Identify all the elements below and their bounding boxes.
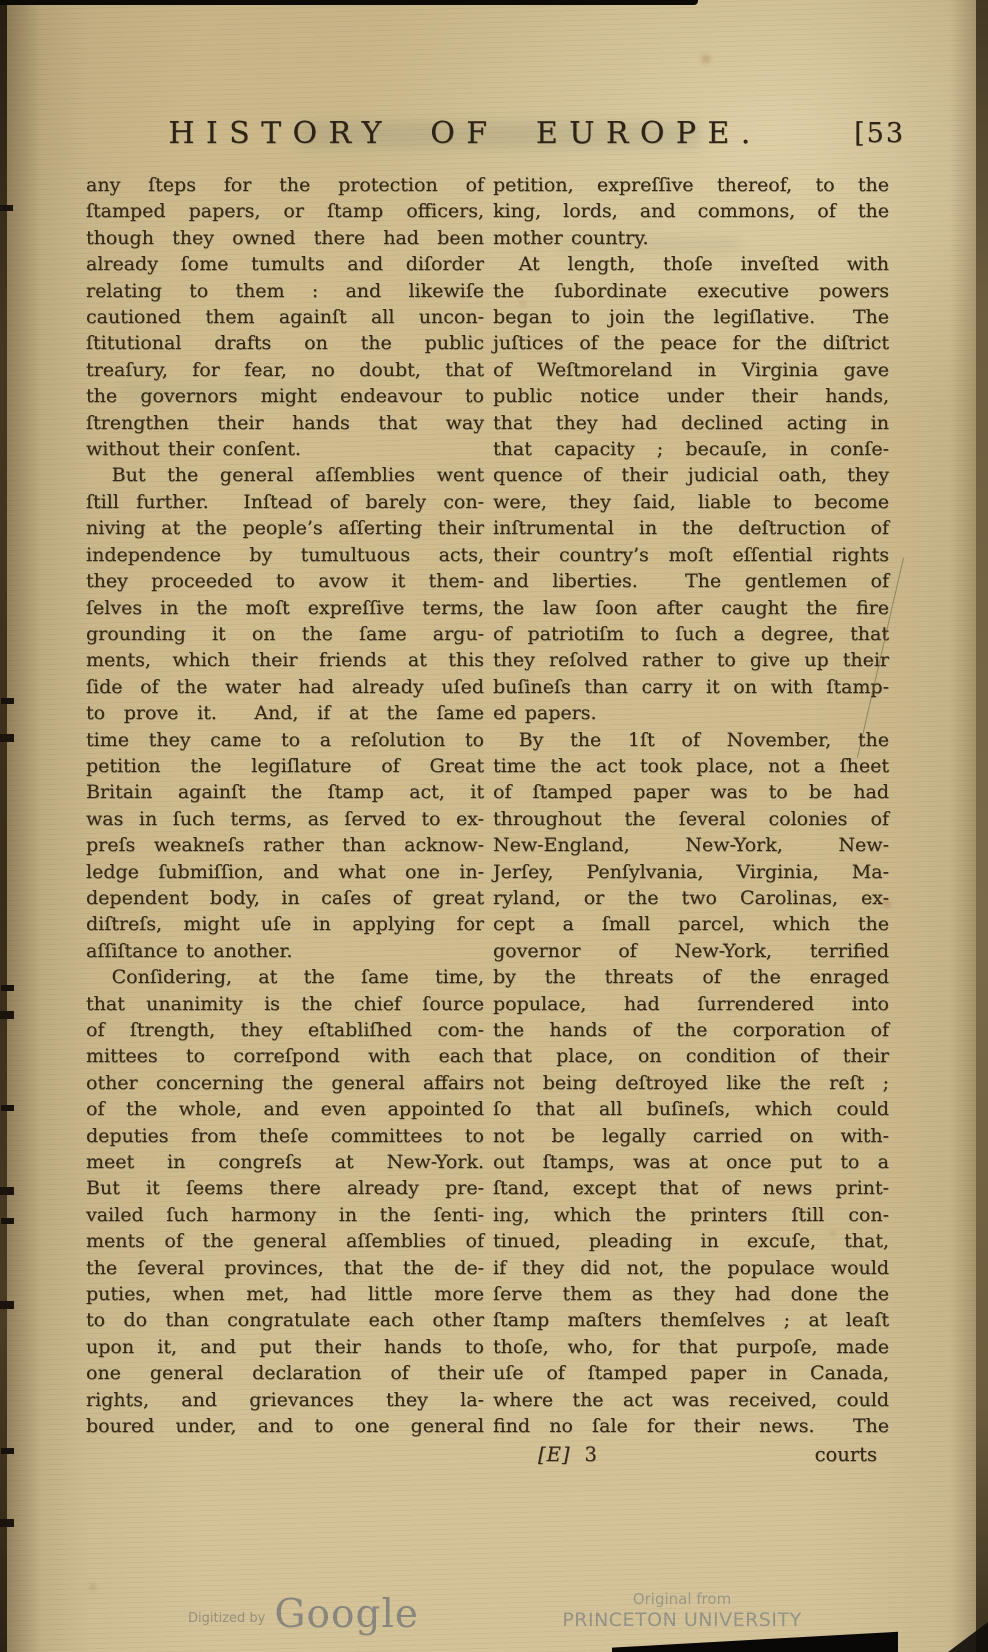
text-line: ſtill further. Inſtead of barely con- xyxy=(86,489,484,515)
text-line: of the whole, and even appointed xyxy=(86,1096,484,1122)
text-line: aſſiſtance to another. xyxy=(86,938,484,964)
text-line: Jerſey, Penſylvania, Virginia, Ma- xyxy=(493,859,889,885)
text-line: without their conſent. xyxy=(86,436,484,462)
text-line: buſineſs than carry it on with ſtamp- xyxy=(493,674,889,700)
text-line: rights, and grievances they la- xyxy=(86,1387,484,1413)
text-line: Conſidering, at the ſame time, xyxy=(86,964,484,990)
text-line: By the 1ſt of November, the xyxy=(493,727,889,753)
text-line: out ſtamps, was at once put to a xyxy=(493,1149,889,1175)
text-line: that unanimity is the chief ſource xyxy=(86,991,484,1017)
text-line: deputies from theſe committees to xyxy=(86,1123,484,1149)
text-line: ed papers. xyxy=(493,700,889,726)
text-line: if they did not, the populace would xyxy=(493,1255,889,1281)
page-number: [53 xyxy=(854,118,905,149)
text-line: and liberties. The gentlemen of xyxy=(493,568,889,594)
text-line: the ſeveral provinces, that the de- xyxy=(86,1255,484,1281)
text-line: diſtreſs, might uſe in applying for xyxy=(86,911,484,937)
text-line: preſs weakneſs rather than acknow- xyxy=(86,832,484,858)
scanned-book-page: HISTORY OF EUROPE. [53 any ſteps for the… xyxy=(0,0,988,1652)
text-line: their country’s moſt eſſential rights xyxy=(493,542,889,568)
scan-artifact-bottom xyxy=(612,1630,898,1652)
text-line: already ſome tumults and diſorder xyxy=(86,251,484,277)
text-line: relating to them : and likewiſe xyxy=(86,278,484,304)
text-line: vailed ſuch harmony in the ſenti- xyxy=(86,1202,484,1228)
text-line: populace, had ſurrendered into xyxy=(493,991,889,1017)
text-line: ledge ſubmiſſion, and what one in- xyxy=(86,859,484,885)
catchword: courts xyxy=(815,1443,877,1466)
text-line: that place, on condition of their xyxy=(493,1043,889,1069)
text-line: governor of New-York, terrified xyxy=(493,938,889,964)
digitization-watermark: Digitized by Google xyxy=(188,1592,419,1637)
text-line: though they owned there had been xyxy=(86,225,484,251)
text-line: ments, which their friends at this xyxy=(86,647,484,673)
text-line: that capacity ; becauſe, in conſe- xyxy=(493,436,889,462)
text-line: meet in congreſs at New-York. xyxy=(86,1149,484,1175)
text-line: mittees to correſpond with each xyxy=(86,1043,484,1069)
text-line: grounding it on the ſame argu- xyxy=(86,621,484,647)
text-line: public notice under their hands, xyxy=(493,383,889,409)
text-line: king, lords, and commons, of the xyxy=(493,198,889,224)
text-line: began to join the legiſlative. The xyxy=(493,304,889,330)
original-from-label: Original from xyxy=(542,1590,822,1608)
text-line: one general declaration of their xyxy=(86,1360,484,1386)
text-line: tinued, pleading in excuſe, that, xyxy=(493,1228,889,1254)
signature-row: [E]3 courts xyxy=(493,1443,889,1469)
text-line: by the threats of the enraged xyxy=(493,964,889,990)
text-line: ſtamp maſters themſelves ; at leaſt xyxy=(493,1307,889,1333)
text-line: the ſubordinate executive powers xyxy=(493,278,889,304)
text-line: cautioned them againſt all uncon- xyxy=(86,304,484,330)
text-line: cept a ſmall parcel, which the xyxy=(493,911,889,937)
text-line: of ſtrength, they eſtabliſhed com- xyxy=(86,1017,484,1043)
signature-mark: [E] xyxy=(538,1443,570,1466)
scan-edge-top xyxy=(0,0,698,5)
text-line: ſo that all buſineſs, which could xyxy=(493,1096,889,1122)
text-line: the governors might endeavour to xyxy=(86,383,484,409)
text-line: the law ſoon after caught the fire xyxy=(493,595,889,621)
text-line: ſtamped papers, or ſtamp officers, xyxy=(86,198,484,224)
text-line: of Weſtmoreland in Virginia gave xyxy=(493,357,889,383)
text-line: quence of their judicial oath, they xyxy=(493,462,889,488)
text-line: ſtand, except that of news print- xyxy=(493,1175,889,1201)
text-line: Britain againſt the ſtamp act, it xyxy=(86,779,484,805)
text-line: time they came to a reſolution to xyxy=(86,727,484,753)
text-line: inſtrumental in the deſtruction of xyxy=(493,515,889,541)
text-line: uſe of ſtamped paper in Canada, xyxy=(493,1360,889,1386)
text-line: ſide of the water had already uſed xyxy=(86,674,484,700)
text-line: ing, which the printers ſtill con- xyxy=(493,1202,889,1228)
gutter-shadow xyxy=(7,0,41,1652)
text-line: they reſolved rather to give up their xyxy=(493,647,889,673)
text-line: mother country. xyxy=(493,225,889,251)
text-line: was in ſuch terms, as ſerved to ex- xyxy=(86,806,484,832)
text-line: to prove it. And, if at the ſame xyxy=(86,700,484,726)
institution-label: PRINCETON UNIVERSITY xyxy=(542,1609,822,1631)
text-line: But it ſeems there already pre- xyxy=(86,1175,484,1201)
text-line: independence by tumultuous acts, xyxy=(86,542,484,568)
text-line: New-England, New-York, New- xyxy=(493,832,889,858)
text-line: not be legally carried on with- xyxy=(493,1123,889,1149)
page-title: HISTORY OF EUROPE. xyxy=(145,116,785,151)
text-line: juſtices of the peace for the diſtrict xyxy=(493,330,889,356)
text-line: But the general aſſemblies went xyxy=(86,462,484,488)
text-line: of patriotiſm to ſuch a degree, that xyxy=(493,621,889,647)
text-line: treaſury, for fear, no doubt, that xyxy=(86,357,484,383)
text-line: time the act took place, not a ſheet xyxy=(493,753,889,779)
signature-number: 3 xyxy=(584,1443,596,1466)
page-header: HISTORY OF EUROPE. [53 xyxy=(85,116,905,158)
text-line: ſerve them as they had done the xyxy=(493,1281,889,1307)
text-line: throughout the ſeveral colonies of xyxy=(493,806,889,832)
press-signature: [E]3 xyxy=(538,1443,597,1466)
text-line: of ſtamped paper was to be had xyxy=(493,779,889,805)
text-line: thoſe, who, for that purpoſe, made xyxy=(493,1334,889,1360)
text-line: not being deſtroyed like the reſt ; xyxy=(493,1070,889,1096)
edge-shadow-right xyxy=(950,0,976,1652)
text-line: were, they ſaid, liable to become xyxy=(493,489,889,515)
text-line: petition the legiſlature of Great xyxy=(86,753,484,779)
text-line: boured under, and to one general xyxy=(86,1413,484,1439)
text-line: where the act was received, could xyxy=(493,1387,889,1413)
text-line: ſtrengthen their hands that way xyxy=(86,410,484,436)
text-line: they proceeded to avow it them- xyxy=(86,568,484,594)
text-line: the hands of the corporation of xyxy=(493,1017,889,1043)
text-line: ments of the general aſſemblies of xyxy=(86,1228,484,1254)
provenance-watermark: Original from PRINCETON UNIVERSITY xyxy=(542,1590,822,1631)
text-column-left: any ſteps for the protection ofſtamped p… xyxy=(86,172,484,1440)
text-line: dependent body, in caſes of great xyxy=(86,885,484,911)
text-column-right: petition, expreſſive thereof, to theking… xyxy=(493,172,889,1440)
text-line: other concerning the general affairs xyxy=(86,1070,484,1096)
text-line: find no ſale for their news. The xyxy=(493,1413,889,1439)
text-line: ryland, or the two Carolinas, ex- xyxy=(493,885,889,911)
scan-edge-right xyxy=(976,0,988,1652)
digitized-by-label: Digitized by xyxy=(188,1611,265,1626)
google-logo: Google xyxy=(274,1592,419,1637)
text-line: that they had declined acting in xyxy=(493,410,889,436)
text-line: any ſteps for the protection of xyxy=(86,172,484,198)
text-line: ſelves in the moſt expreſſive terms, xyxy=(86,595,484,621)
text-line: upon it, and put their hands to xyxy=(86,1334,484,1360)
scan-edge-left xyxy=(0,0,7,1652)
text-line: to do than congratulate each other xyxy=(86,1307,484,1333)
text-line: niving at the people’s aſſerting their xyxy=(86,515,484,541)
text-line: At length, thoſe inveſted with xyxy=(493,251,889,277)
text-line: petition, expreſſive thereof, to the xyxy=(493,172,889,198)
text-line: puties, when met, had little more xyxy=(86,1281,484,1307)
text-line: ſtitutional drafts on the public xyxy=(86,330,484,356)
